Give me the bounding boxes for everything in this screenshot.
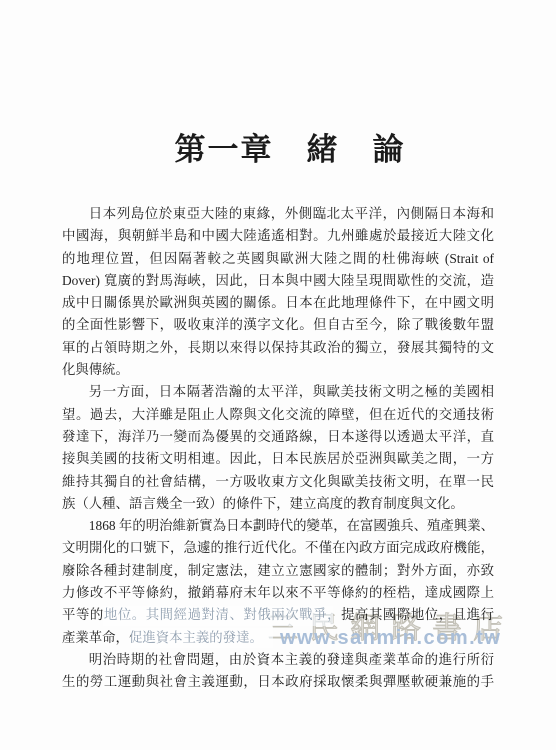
text-line: 文明開化的口號下，急遽的推行近代化。不僅在內政方面完成政府機能， [62, 537, 494, 559]
text-line: 維持其獨自的社會結構，一方吸收東方文化與歐美技術文明，在單一民 [62, 471, 494, 493]
text-line: 中國海，與朝鮮半島和中國大陸遙遙相對。九州雖處於最接近大陸文化 [62, 225, 494, 247]
text-line: 發達下，海洋乃一變而為優異的交通路線，日本遂得以透過太平洋，直 [62, 426, 494, 448]
text-line: 1868 年的明治維新實為日本劃時代的變革，在富國強兵、殖產興業、 [62, 515, 494, 537]
text-line: 廢除各種封建制度，制定憲法，建立立憲國家的體制；對外方面，亦致 [62, 560, 494, 582]
text-line: 生的勞工運動與社會主義運動，日本政府採取懷柔與彈壓軟硬兼施的手 [62, 671, 494, 693]
text-line: 平等的地位。其間經過對清、對俄兩次戰爭，提高其國際地位，且進行 [62, 604, 494, 626]
text-line: Dover) 寬廣的對馬海峽，因此，日本與中國大陸呈現間歇性的交流，造 [62, 270, 494, 292]
text-line: 化與傳統。 [62, 359, 494, 381]
body-text: 日本列島位於東亞大陸的東緣，外側臨北太平洋，內側隔日本海和 中國海，與朝鮮半島和… [62, 203, 494, 694]
chapter-title: 第一章 緒 論 [24, 124, 556, 169]
book-page: 第一章 緒 論 日本列島位於東亞大陸的東緣，外側臨北太平洋，內側隔日本海和 中國… [0, 0, 556, 750]
text-line: 成中日關係異於歐洲與英國的關係。日本在此地理條件下，在中國文明 [62, 292, 494, 314]
text-line: 日本列島位於東亞大陸的東緣，外側臨北太平洋，內側隔日本海和 [62, 203, 494, 225]
text-line: 軍的占領時期之外，長期以來得以保持其政治的獨立，發展其獨特的文 [62, 337, 494, 359]
text-line: 望。過去，大洋雖是阻止人際與文化交流的障壁，但在近代的交通技術 [62, 404, 494, 426]
text-line: 接與美國的技術文明相連。因此，日本民族居於亞洲與歐美之間，一方 [62, 448, 494, 470]
text-line: 另一方面，日本隔著浩瀚的太平洋，與歐美技術文明之極的美國相 [62, 381, 494, 403]
text-line: 產業革命，促進資本主義的發達。 [62, 627, 494, 649]
text-line: 族（人種、語言幾全一致）的條件下，建立高度的教育制度與文化。 [62, 493, 494, 515]
text-line: 力修改不平等條約，撤銷幕府末年以來不平等條約的桎梏，達成國際上 [62, 582, 494, 604]
text-line: 明治時期的社會問題，由於資本主義的發達與產業革命的進行所衍 [62, 649, 494, 671]
text-line: 的全面性影響下，吸收東洋的漢字文化。但自古至今，除了戰後數年盟 [62, 314, 494, 336]
text-line: 的地理位置，但因隔著較之英國與歐洲大陸之間的杜佛海峽 (Strait of [62, 248, 494, 270]
